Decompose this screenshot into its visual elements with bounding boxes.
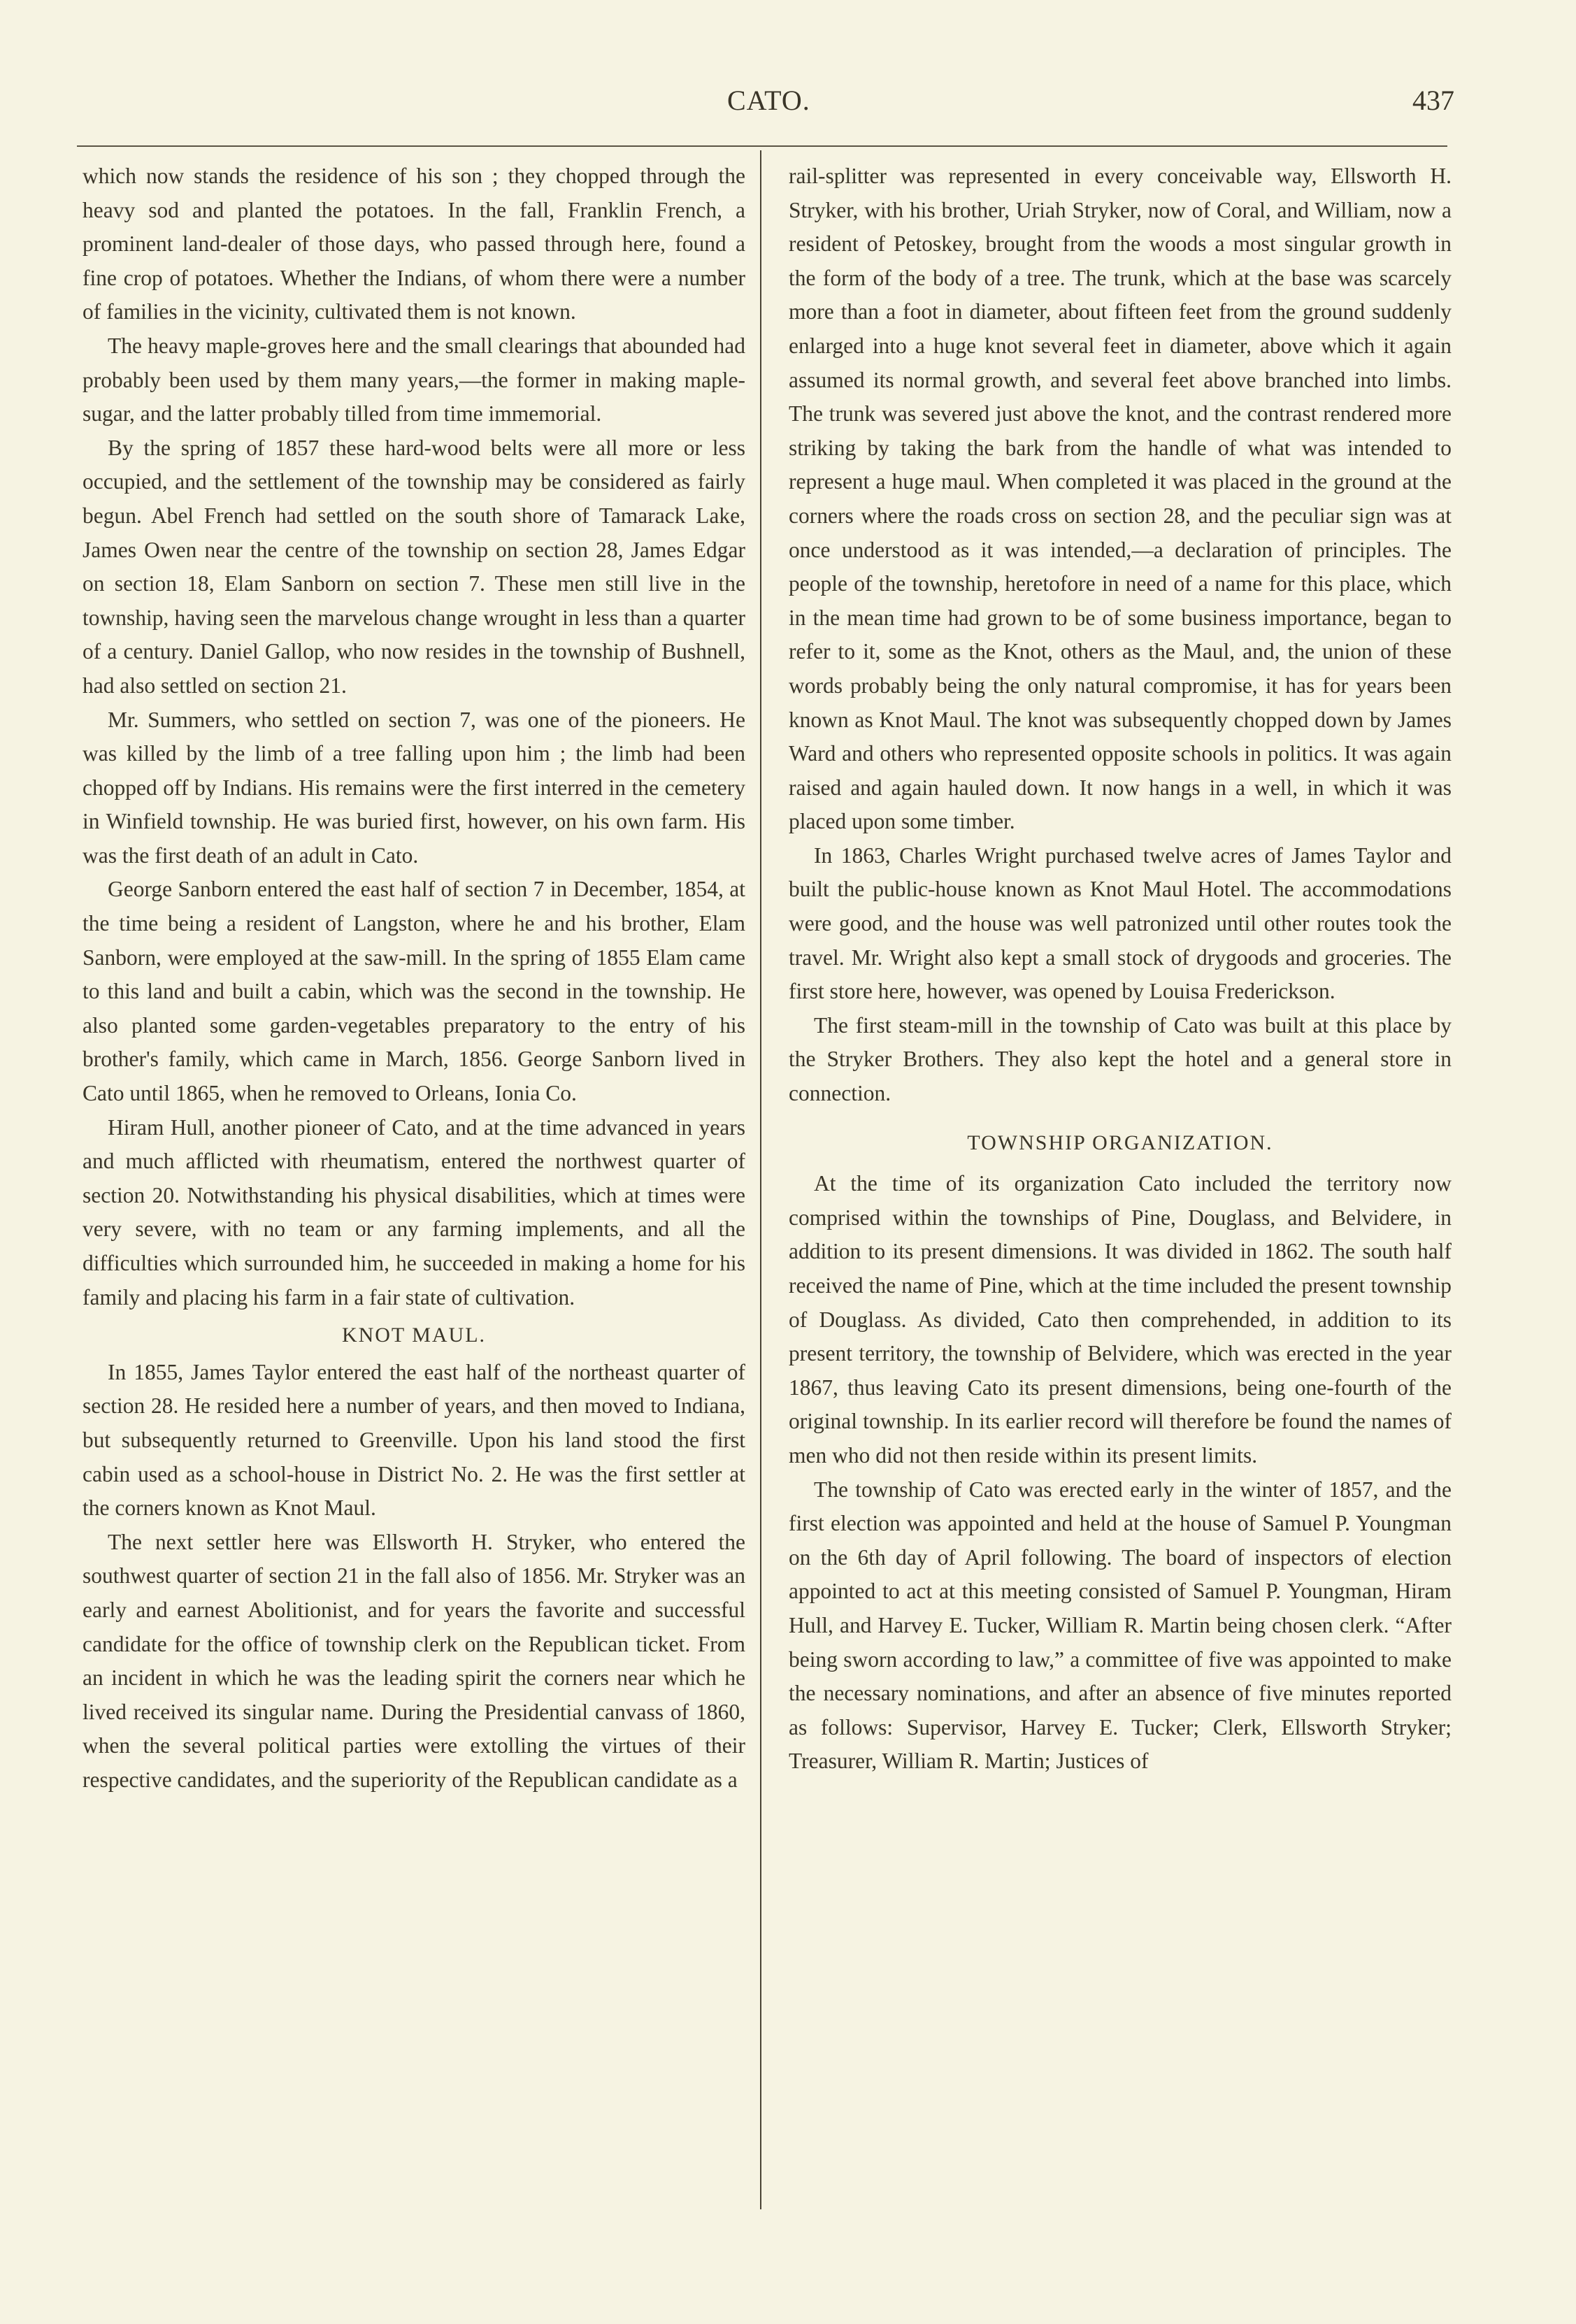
paragraph: At the time of its organization Cato inc… <box>789 1167 1452 1472</box>
paragraph: which now stands the residence of his so… <box>83 159 745 329</box>
page-number: 437 <box>1412 84 1454 117</box>
paragraph: The next settler here was Ellsworth H. S… <box>83 1526 745 1798</box>
paragraph: In 1855, James Taylor entered the east h… <box>83 1356 745 1526</box>
paragraph: Hiram Hull, another pioneer of Cato, and… <box>83 1111 745 1315</box>
paragraph: The first steam-mill in the township of … <box>789 1009 1452 1111</box>
header-rule <box>77 145 1447 147</box>
paragraph: The township of Cato was erected early i… <box>789 1473 1452 1779</box>
page-header: CATO. 437 <box>84 84 1454 126</box>
section-heading-township-organization: TOWNSHIP ORGANIZATION. <box>789 1126 1452 1161</box>
paragraph: The heavy maple-groves here and the smal… <box>83 329 745 431</box>
running-head: CATO. <box>727 84 810 117</box>
paragraph: George Sanborn entered the east half of … <box>83 873 745 1110</box>
column-divider <box>760 150 761 2209</box>
paragraph: In 1863, Charles Wright purchased twelve… <box>789 839 1452 1009</box>
left-column: which now stands the residence of his so… <box>83 159 745 1798</box>
section-heading-knot-maul: KNOT MAUL. <box>83 1319 745 1353</box>
paragraph: By the spring of 1857 these hard-wood be… <box>83 431 745 703</box>
paragraph: Mr. Summers, who settled on section 7, w… <box>83 703 745 873</box>
right-column: rail-splitter was represented in every c… <box>789 159 1452 1779</box>
paragraph: rail-splitter was represented in every c… <box>789 159 1452 839</box>
